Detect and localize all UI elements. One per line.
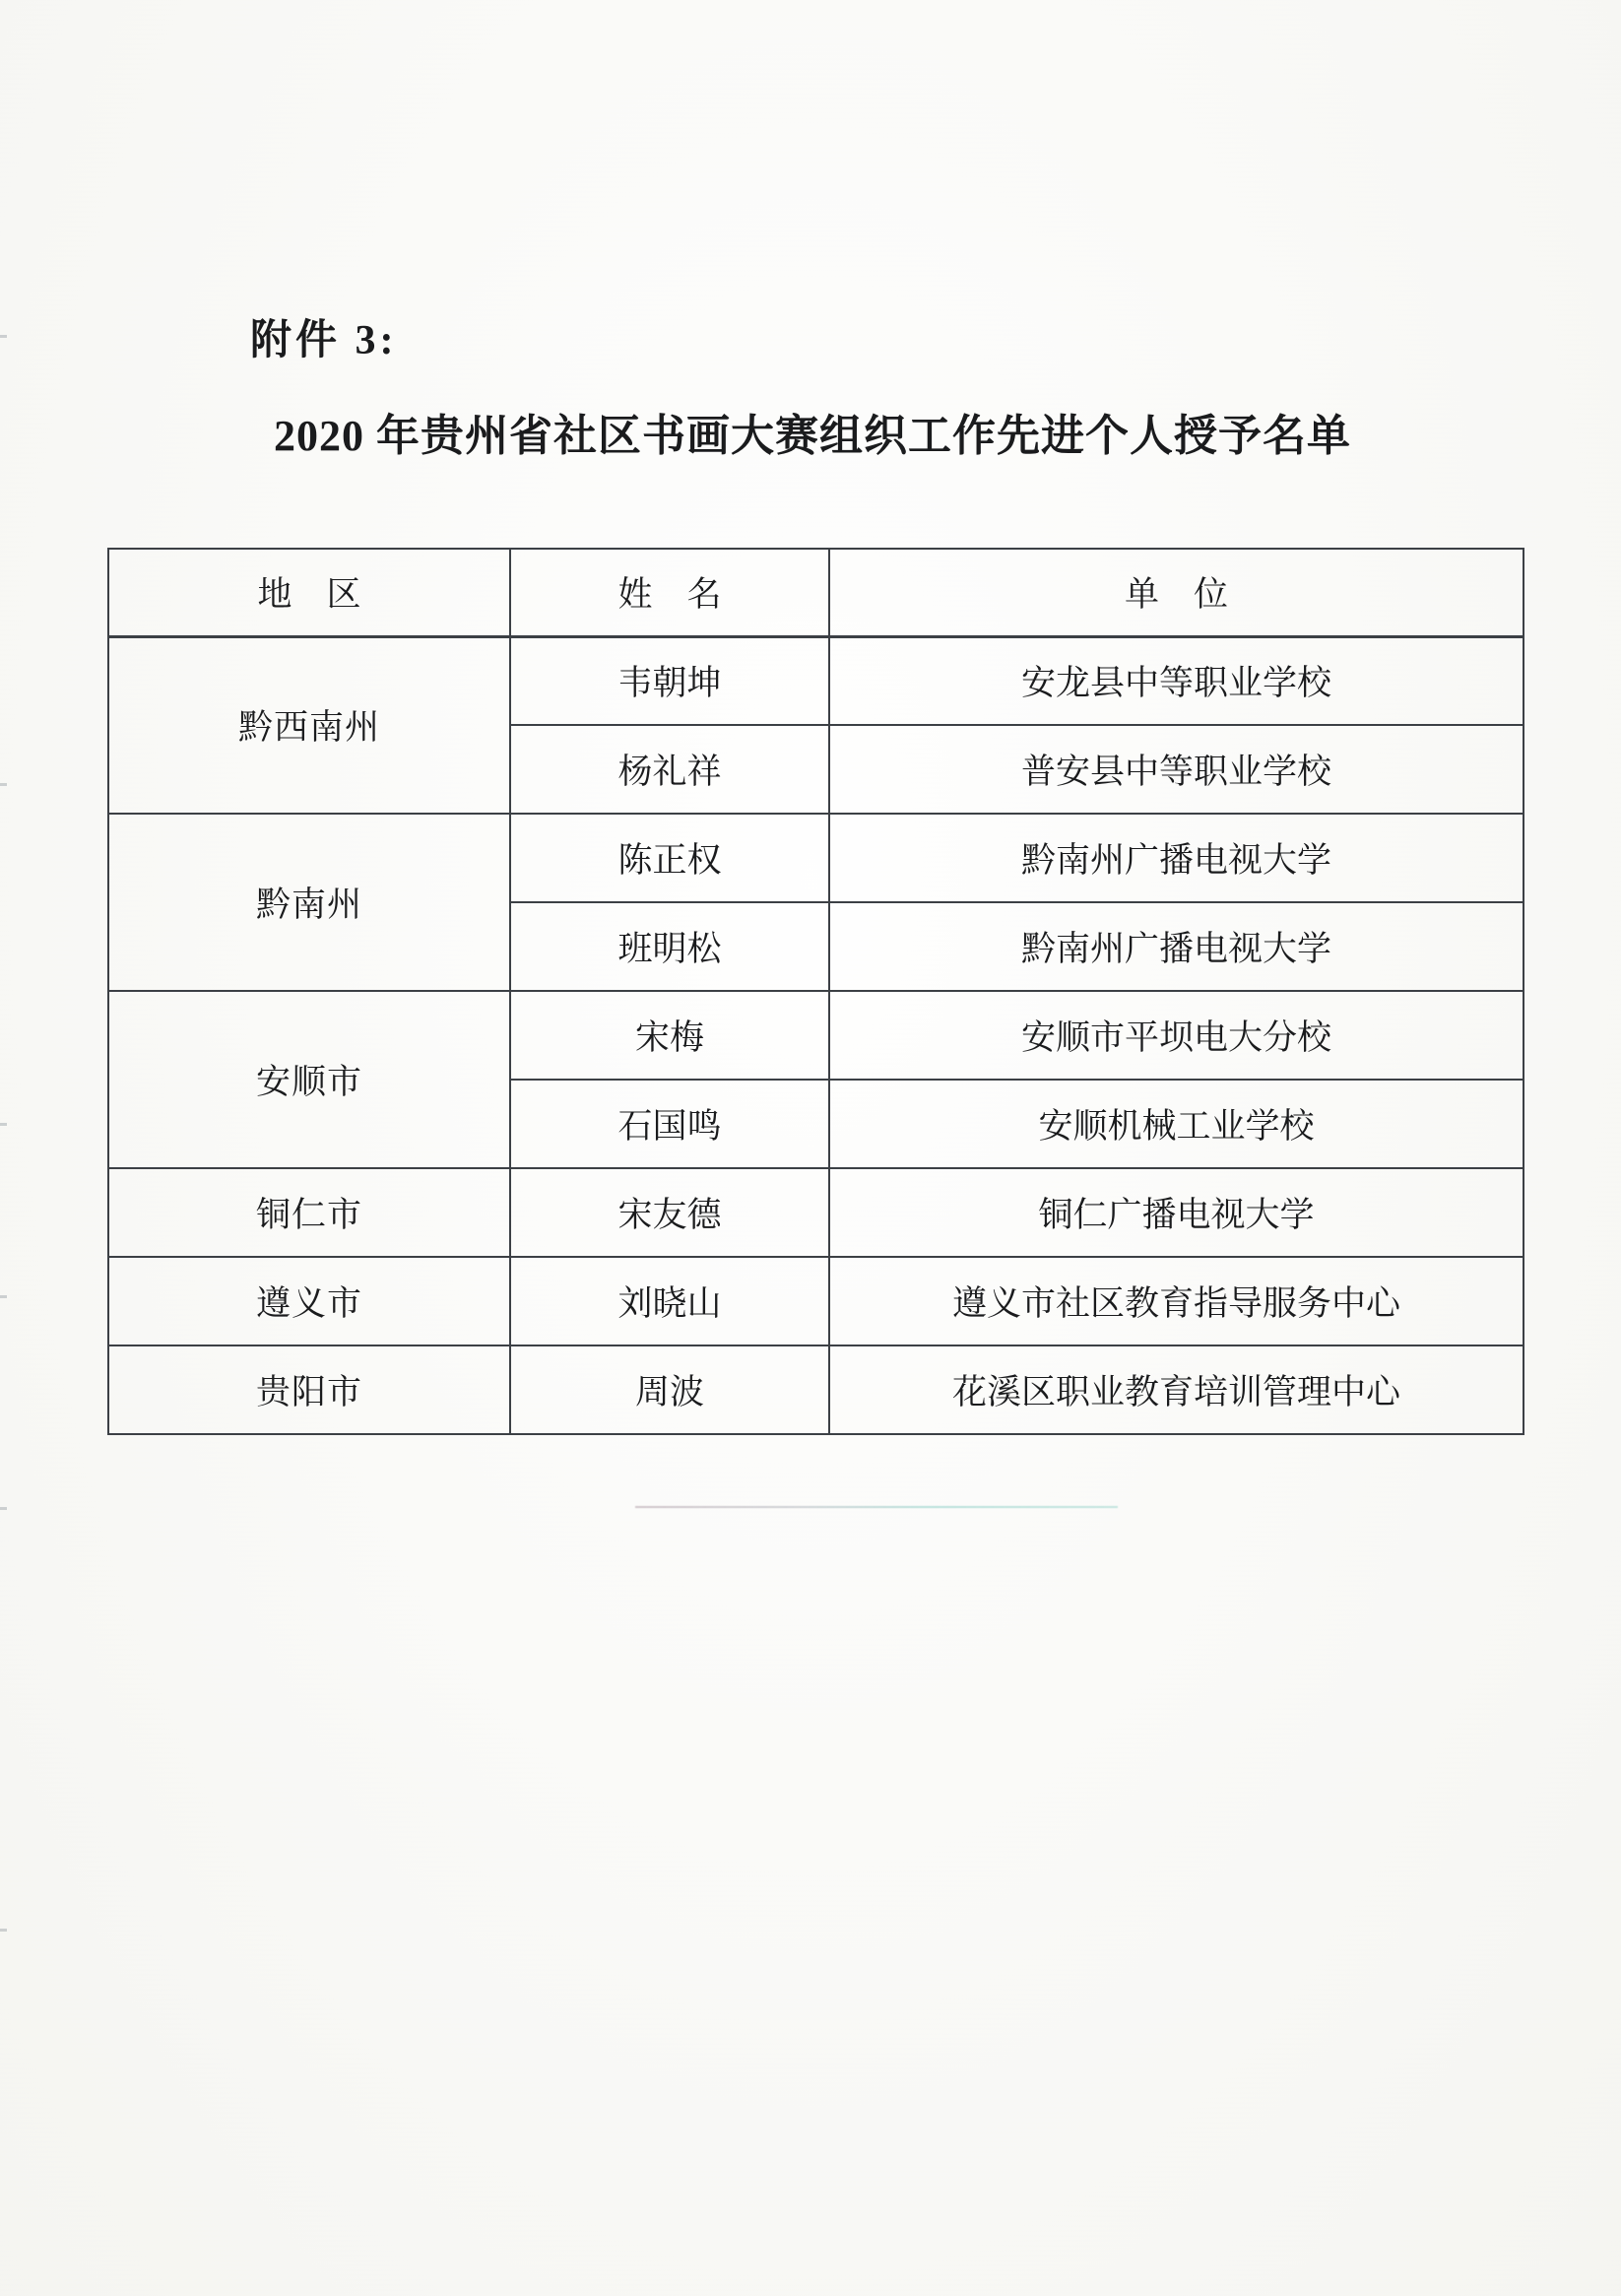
table-cell-name: 班明松 [510, 902, 829, 991]
column-header-unit: 单 位 [829, 549, 1524, 636]
scan-edge-mark [0, 1123, 7, 1126]
table-row: 铜仁市宋友德铜仁广播电视大学 [108, 1168, 1524, 1257]
award-table-body: 黔西南州韦朝坤安龙县中等职业学校杨礼祥普安县中等职业学校黔南州陈正权黔南州广播电… [108, 636, 1524, 1434]
table-cell-unit: 黔南州广播电视大学 [829, 902, 1524, 991]
table-cell-unit: 遵义市社区教育指导服务中心 [829, 1257, 1524, 1345]
table-cell-unit: 铜仁广播电视大学 [829, 1168, 1524, 1257]
table-cell-region: 黔南州 [108, 814, 510, 991]
column-header-region: 地 区 [108, 549, 510, 636]
table-cell-region: 安顺市 [108, 991, 510, 1168]
table-cell-unit: 黔南州广播电视大学 [829, 814, 1524, 902]
table-row: 贵阳市周波花溪区职业教育培训管理中心 [108, 1345, 1524, 1434]
table-cell-region: 黔西南州 [108, 636, 510, 814]
table-cell-name: 陈正权 [510, 814, 829, 902]
table-cell-unit: 花溪区职业教育培训管理中心 [829, 1345, 1524, 1434]
table-row: 黔西南州韦朝坤安龙县中等职业学校 [108, 636, 1524, 725]
table-cell-unit: 普安县中等职业学校 [829, 725, 1524, 814]
scan-edge-mark [0, 1295, 7, 1298]
table-cell-name: 杨礼祥 [510, 725, 829, 814]
table-cell-region: 贵阳市 [108, 1345, 510, 1434]
table-row: 遵义市刘晓山遵义市社区教育指导服务中心 [108, 1257, 1524, 1345]
table-cell-name: 宋友德 [510, 1168, 829, 1257]
column-header-name: 姓 名 [510, 549, 829, 636]
document-page: 附件 3: 2020 年贵州省社区书画大赛组织工作先进个人授予名单 地 区 姓 … [0, 0, 1621, 2296]
table-cell-region: 遵义市 [108, 1257, 510, 1345]
table-cell-name: 刘晓山 [510, 1257, 829, 1345]
scan-edge-mark [0, 335, 7, 338]
scan-edge-mark [0, 783, 7, 786]
scan-edge-mark [0, 1929, 7, 1932]
scan-artifact-line [635, 1506, 1118, 1508]
table-cell-name: 韦朝坤 [510, 636, 829, 725]
award-table-header: 地 区 姓 名 单 位 [108, 549, 1524, 636]
table-cell-name: 石国鸣 [510, 1080, 829, 1168]
table-cell-region: 铜仁市 [108, 1168, 510, 1257]
table-cell-unit: 安龙县中等职业学校 [829, 636, 1524, 725]
table-cell-name: 周波 [510, 1345, 829, 1434]
table-header-row: 地 区 姓 名 单 位 [108, 549, 1524, 636]
table-cell-unit: 安顺机械工业学校 [829, 1080, 1524, 1168]
table-cell-name: 宋梅 [510, 991, 829, 1080]
attachment-label: 附件 3: [250, 307, 398, 366]
table-cell-unit: 安顺市平坝电大分校 [829, 991, 1524, 1080]
table-row: 黔南州陈正权黔南州广播电视大学 [108, 814, 1524, 902]
award-table: 地 区 姓 名 单 位 黔西南州韦朝坤安龙县中等职业学校杨礼祥普安县中等职业学校… [107, 548, 1524, 1435]
table-row: 安顺市宋梅安顺市平坝电大分校 [108, 991, 1524, 1080]
scan-edge-mark [0, 1507, 7, 1510]
document-title: 2020 年贵州省社区书画大赛组织工作先进个人授予名单 [274, 400, 1351, 463]
